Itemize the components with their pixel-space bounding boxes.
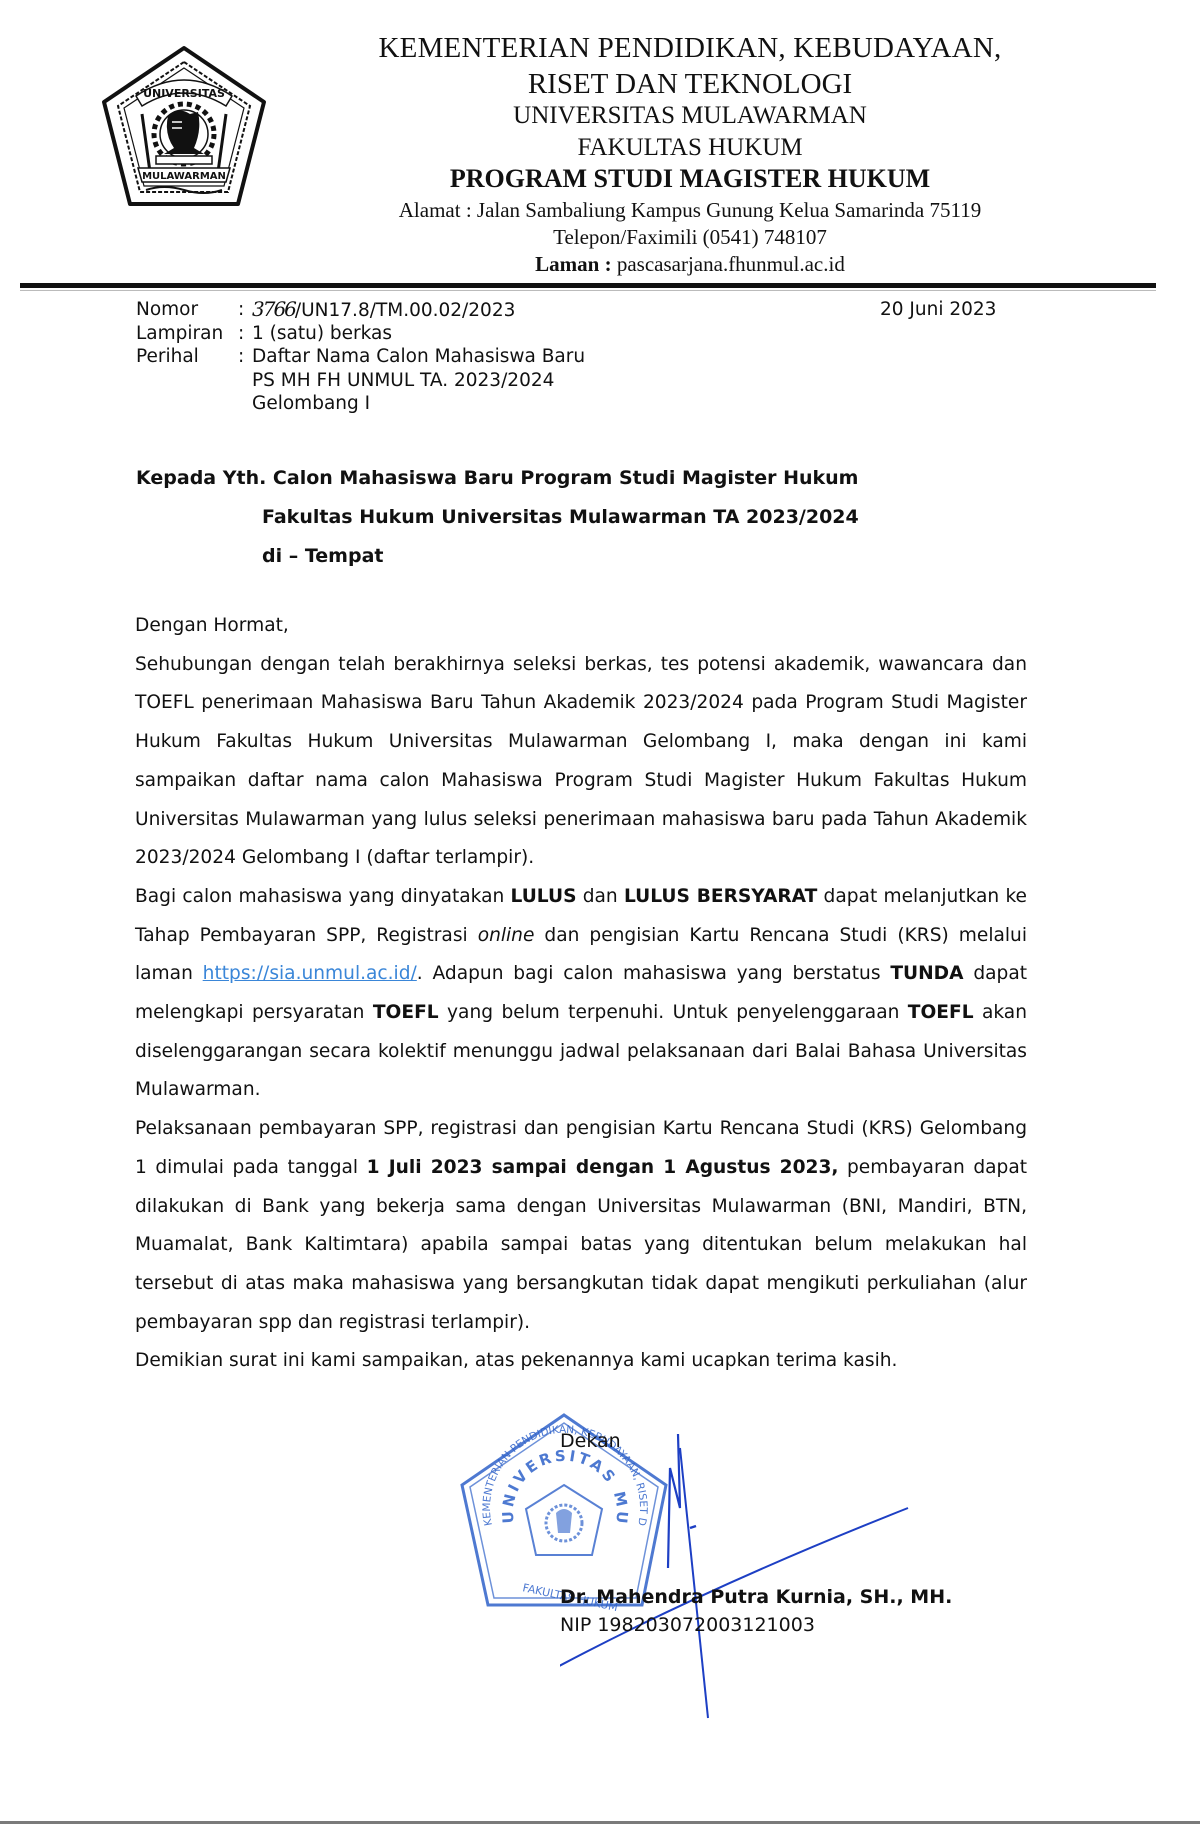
perihal-line: Daftar Nama Calon Mahasiswa Baru [252,345,585,369]
payment-period: 1 Juli 2023 sampai dengan 1 Agustus 2023… [367,1157,839,1178]
perihal-line: Gelombang I [252,392,585,416]
greeting: Dengan Hormat, [135,607,1027,646]
reference-values: 3766/UN17.8/TM.00.02/2023 1 (satu) berka… [252,298,585,416]
reference-colons: : : : [238,298,244,369]
closing: Demikian surat ini kami sampaikan, atas … [135,1342,1027,1381]
text: dan [576,886,623,907]
letter-date: 20 Juni 2023 [880,298,996,322]
status-tunda: TUNDA [890,963,963,984]
university-logo: UNIVERSITAS MULAWARMAN [98,44,270,214]
nomor-value: 3766/UN17.8/TM.00.02/2023 [252,298,585,322]
colon: : [238,298,244,322]
logo-top-text: UNIVERSITAS [143,87,225,100]
signatory-nip: NIP 198203072003121003 [560,1614,815,1636]
phone: Telepon/Faximili (0541) 748107 [340,225,1040,250]
text: Bagi calon mahasiswa yang dinyatakan [135,886,511,907]
text: pembayaran dapat dilakukan di Bank yang … [135,1157,1027,1333]
perihal-label: Perihal [136,345,223,369]
reference-labels: Nomor Lampiran Perihal [136,298,223,369]
paragraph-2: Bagi calon mahasiswa yang dinyatakan LUL… [135,878,1027,1110]
nomor-handwritten: 3766 [252,297,295,321]
lampiran-value: 1 (satu) berkas [252,322,585,346]
program-name: PROGRAM STUDI MAGISTER HUKUM [340,164,1040,194]
faculty-name: FAKULTAS HUKUM [340,134,1040,162]
letterhead-rule [20,283,1156,288]
text: yang belum terpenuhi. Untuk penyelenggar… [439,1002,908,1023]
paragraph-1: Sehubungan dengan telah berakhirnya sele… [135,646,1027,878]
sia-link[interactable]: https://sia.unmul.ac.id/ [203,963,417,984]
lampiran-label: Lampiran [136,322,223,346]
logo-bottom-text: MULAWARMAN [142,171,226,182]
website-label: Laman : [535,252,611,276]
address: Alamat : Jalan Sambaliung Kampus Gunung … [340,198,1040,223]
addressee-line1: Kepada Yth. Calon Mahasiswa Baru Program… [136,467,858,489]
letterhead-rule-thin [20,290,1156,291]
status-lulus: LULUS [511,886,577,907]
website: pascasarjana.fhunmul.ac.id [617,252,845,276]
toefl-bold: TOEFL [908,1002,974,1023]
text: . Adapun bagi calon mahasiswa yang berst… [417,963,891,984]
online-italic: online [478,925,535,946]
letter-body: Dengan Hormat, Sehubungan dengan telah b… [135,607,1027,1381]
colon: : [238,322,244,346]
ministry-name-line2: RISET DAN TEKNOLOGI [340,68,1040,101]
university-name: UNIVERSITAS MULAWARMAN [340,102,1040,130]
nomor-label: Nomor [136,298,223,322]
toefl-bold: TOEFL [373,1002,439,1023]
perihal-line: PS MH FH UNMUL TA. 2023/2024 [252,369,585,393]
handwritten-signature [560,1428,920,1728]
nomor-suffix: /UN17.8/TM.00.02/2023 [295,300,515,321]
paragraph-3: Pelaksanaan pembayaran SPP, registrasi d… [135,1110,1027,1342]
signatory-name: Dr. Mahendra Putra Kurnia, SH., MH. [560,1586,952,1608]
website-line: Laman : pascasarjana.fhunmul.ac.id [340,252,1040,277]
addressee-line2: Fakultas Hukum Universitas Mulawarman TA… [262,506,859,528]
addressee-line3: di – Tempat [262,545,383,567]
status-lulus-bersyarat: LULUS BERSYARAT [624,886,817,907]
ministry-name-line1: KEMENTERIAN PENDIDIKAN, KEBUDAYAAN, [340,32,1040,65]
colon: : [238,345,244,369]
